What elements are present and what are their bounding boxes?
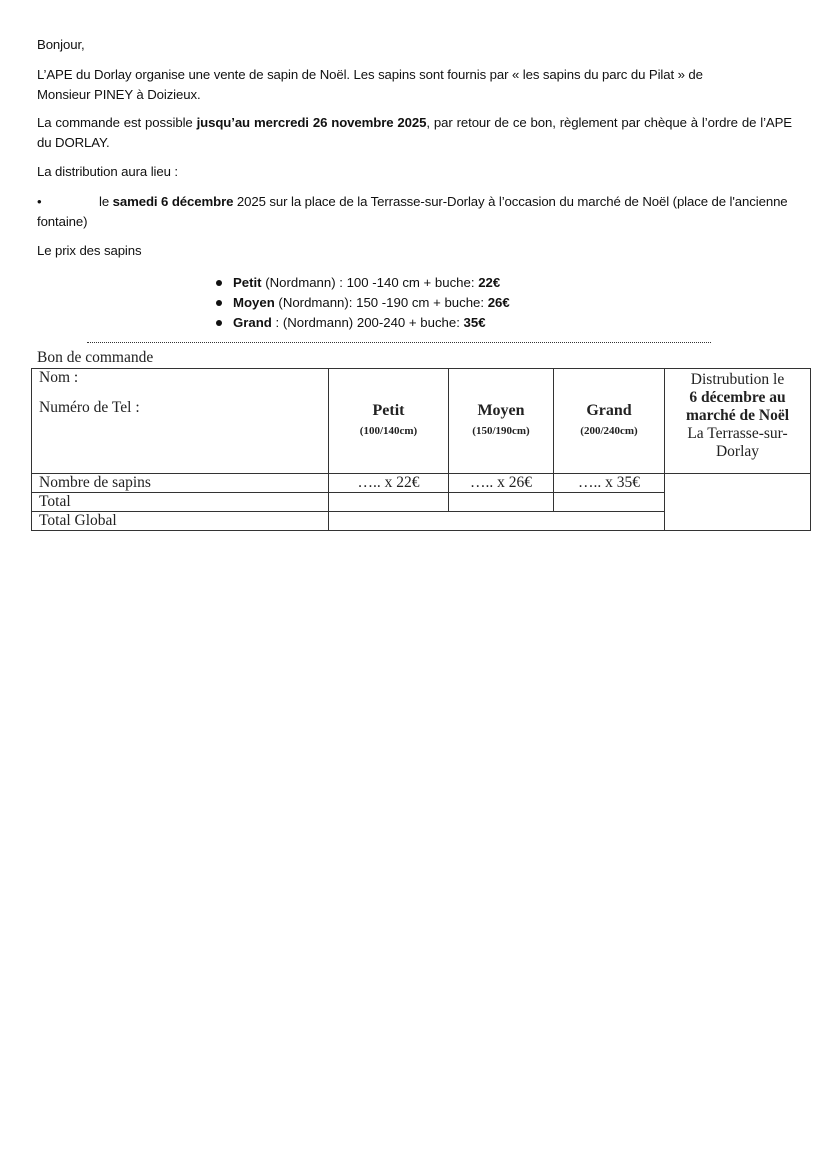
- grand-total-label: Total Global: [32, 512, 329, 531]
- phone-label: Numéro de Tel :: [39, 399, 321, 417]
- price-name: Petit: [233, 275, 262, 290]
- size-name: Moyen: [456, 402, 546, 420]
- size-name: Petit: [336, 402, 441, 420]
- price-desc: (Nordmann): 150 -190 cm + buche:: [275, 295, 488, 310]
- price-item-grand: Grand : (Nordmann) 200-240 + buche: 35€: [216, 313, 510, 333]
- qty-field-petit[interactable]: ….. x 22€: [329, 474, 449, 493]
- prices-intro: Le prix des sapins: [37, 241, 792, 261]
- cut-line-divider: [87, 336, 711, 343]
- grand-total-field[interactable]: [329, 512, 665, 531]
- customer-info-cell[interactable]: Nom : Numéro de Tel :: [32, 369, 329, 474]
- order-form-title: Bon de commande: [37, 349, 153, 367]
- qty-field-moyen[interactable]: ….. x 26€: [449, 474, 554, 493]
- distribution-info-cell: Distrubution le 6 décembre au marché de …: [665, 369, 811, 474]
- price-item-moyen: Moyen (Nordmann): 150 -190 cm + buche: 2…: [216, 293, 510, 313]
- total-label: Total: [32, 493, 329, 512]
- total-field-moyen[interactable]: [449, 493, 554, 512]
- table-row-count: Nombre de sapins ….. x 22€ ….. x 26€ …..…: [32, 474, 811, 493]
- distribution-highlight: 6 décembre au marché de Noël: [686, 389, 789, 424]
- price-value: 22€: [478, 275, 500, 290]
- total-field-grand[interactable]: [554, 493, 665, 512]
- distribution-blank-cell: [665, 474, 811, 531]
- distribution-item: •le samedi 6 décembre 2025 sur la place …: [37, 192, 792, 232]
- distribution-place: La Terrasse-sur-Dorlay: [672, 425, 803, 461]
- size-header-petit: Petit (100/140cm): [329, 369, 449, 474]
- bullet-icon: •: [37, 192, 99, 212]
- price-name: Grand: [233, 315, 272, 330]
- order-deadline: jusqu’au mercredi 26 novembre 2025: [197, 115, 427, 130]
- total-field-petit[interactable]: [329, 493, 449, 512]
- size-header-grand: Grand (200/240cm): [554, 369, 665, 474]
- size-dims: (100/140cm): [336, 422, 441, 440]
- order-form-table: Nom : Numéro de Tel : Petit (100/140cm) …: [31, 368, 811, 531]
- size-dims: (200/240cm): [561, 422, 657, 440]
- distribution-intro: La distribution aura lieu :: [37, 162, 792, 182]
- order-prefix: La commande est possible: [37, 115, 197, 130]
- price-value: 26€: [488, 295, 510, 310]
- intro-line-1: L’APE du Dorlay organise une vente de sa…: [37, 67, 703, 82]
- greeting: Bonjour,: [37, 35, 792, 55]
- price-name: Moyen: [233, 295, 275, 310]
- size-header-moyen: Moyen (150/190cm): [449, 369, 554, 474]
- price-desc: : (Nordmann) 200-240 + buche:: [272, 315, 464, 330]
- count-label: Nombre de sapins: [32, 474, 329, 493]
- order-paragraph: La commande est possible jusqu’au mercre…: [37, 113, 792, 153]
- size-dims: (150/190cm): [456, 422, 546, 440]
- qty-field-grand[interactable]: ….. x 35€: [554, 474, 665, 493]
- distribution-prefix: le: [99, 194, 113, 209]
- distribution-line-1: Distrubution le: [672, 371, 803, 389]
- distribution-date: samedi 6 décembre: [113, 194, 234, 209]
- price-desc: (Nordmann) : 100 -140 cm + buche:: [262, 275, 479, 290]
- intro-paragraph: L’APE du Dorlay organise une vente de sa…: [37, 65, 792, 105]
- intro-line-2: Monsieur PINEY à Doizieux.: [37, 87, 201, 102]
- price-list: Petit (Nordmann) : 100 -140 cm + buche: …: [216, 273, 510, 333]
- name-label: Nom :: [39, 369, 321, 387]
- size-name: Grand: [561, 402, 657, 420]
- price-item-petit: Petit (Nordmann) : 100 -140 cm + buche: …: [216, 273, 510, 293]
- price-value: 35€: [464, 315, 486, 330]
